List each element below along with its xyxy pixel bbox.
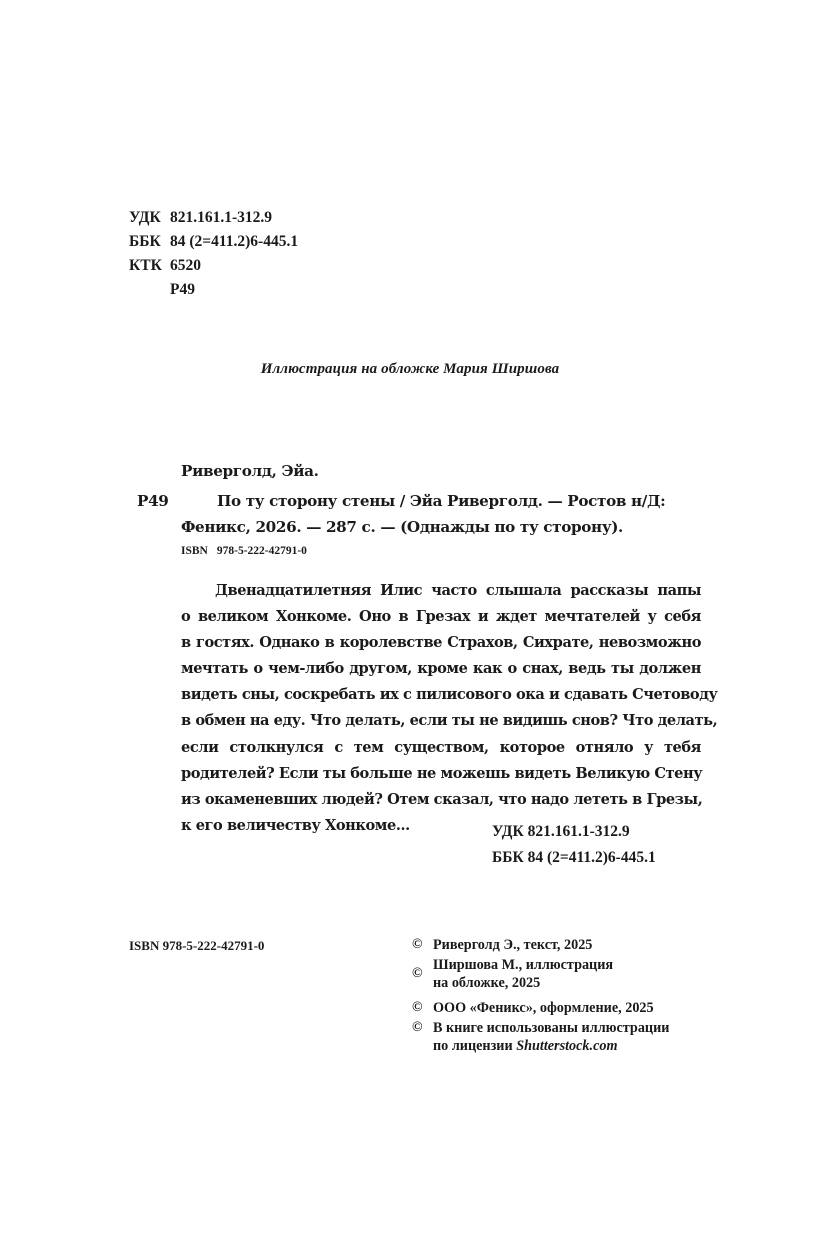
footer-bbk: ББК 84 (2=411.2)6-445.1 — [492, 845, 656, 871]
annotation-line: видеть сны, соскребать их с пилисового о… — [181, 682, 701, 708]
record-isbn-label: ISBN — [181, 545, 208, 557]
udk-label: УДК — [129, 206, 170, 230]
annotation-line: Двенадцатилетняя Илис часто слышала расс… — [181, 578, 701, 604]
copyright-text: ООО «Феникс», оформление, 2025 — [433, 999, 669, 1017]
annotation-line: в обмен на еду. Что делать, если ты не в… — [181, 708, 701, 734]
udk-row: УДК 821.161.1-312.9 — [129, 206, 298, 230]
copyright-item: © Риверголд Э., текст, 2025 — [412, 936, 669, 954]
copyright-text: В книге использованы иллюстрации — [433, 1019, 669, 1037]
copyright-text: Риверголд Э., текст, 2025 — [433, 936, 669, 954]
copyright-icon: © — [412, 999, 422, 1017]
ktk-value: 6520 — [170, 254, 201, 278]
annotation-paragraph: Двенадцатилетняя Илис часто слышала расс… — [181, 578, 701, 839]
classification-block: УДК 821.161.1-312.9 ББК 84 (2=411.2)6-44… — [129, 206, 298, 302]
annotation-line: родителей? Если ты больше не можешь виде… — [181, 761, 701, 787]
copyright-block: © Риверголд Э., текст, 2025 © Ширшова М.… — [412, 936, 669, 1055]
author-cutter-mark: Р49 — [137, 492, 169, 510]
illustration-credit-text: Иллюстрация на обложке Мария Ширшова — [261, 361, 560, 377]
copyright-item: © ООО «Феникс», оформление, 2025 — [412, 999, 669, 1017]
copyright-text-license: по лицензии Shutterstock.com — [433, 1037, 669, 1055]
license-prefix: по лицензии — [433, 1038, 516, 1054]
cutter-value: Р49 — [170, 278, 195, 302]
annotation-line: из окаменевших людей? Отем сказал, что н… — [181, 787, 701, 813]
ktk-label: КТК — [129, 254, 170, 278]
record-isbn-value: 978-5-222-42791-0 — [217, 545, 307, 557]
title-statement-line-1: По ту сторону стены / Эйа Риверголд. — Р… — [217, 492, 665, 510]
copyright-icon: © — [412, 936, 422, 954]
annotation-line: в гостях. Однако в королевстве Страхов, … — [181, 630, 701, 656]
footer-udk: УДК 821.161.1-312.9 — [492, 819, 656, 845]
copyright-item: © Ширшова М., иллюстрация на обложке, 20… — [412, 956, 669, 992]
imprint-page: УДК 821.161.1-312.9 ББК 84 (2=411.2)6-44… — [0, 0, 827, 1240]
author-heading: Риверголд, Эйа. — [181, 462, 319, 480]
illustration-credit: Иллюстрация на обложке Мария Ширшова — [0, 361, 827, 378]
annotation-line: мечтать о чем-либо другом, кроме как о с… — [181, 656, 701, 682]
cutter-row: Р49 — [129, 278, 298, 302]
title-statement-line-2: Феникс, 2026. — 287 с. — (Однажды по ту … — [181, 518, 623, 536]
bbk-label: ББК — [129, 230, 170, 254]
bbk-value: 84 (2=411.2)6-445.1 — [170, 230, 298, 254]
bbk-row: ББК 84 (2=411.2)6-445.1 — [129, 230, 298, 254]
copyright-icon: © — [412, 1019, 422, 1037]
license-source: Shutterstock.com — [516, 1038, 617, 1054]
copyright-text: Ширшова М., иллюстрация — [433, 956, 669, 974]
ktk-row: КТК 6520 — [129, 254, 298, 278]
annotation-line: о великом Хонкоме. Оно в Грезах и ждет м… — [181, 604, 701, 630]
copyright-icon: © — [412, 965, 422, 983]
copyright-text: на обложке, 2025 — [433, 974, 669, 992]
record-isbn: ISBN978-5-222-42791-0 — [181, 545, 307, 557]
copyright-item: © В книге использованы иллюстрации по ли… — [412, 1019, 669, 1055]
annotation-line: если столкнулся с тем существом, которое… — [181, 735, 701, 761]
isbn-footer: ISBN 978-5-222-42791-0 — [129, 938, 264, 954]
classification-footer: УДК 821.161.1-312.9 ББК 84 (2=411.2)6-44… — [492, 819, 656, 871]
udk-value: 821.161.1-312.9 — [170, 206, 272, 230]
